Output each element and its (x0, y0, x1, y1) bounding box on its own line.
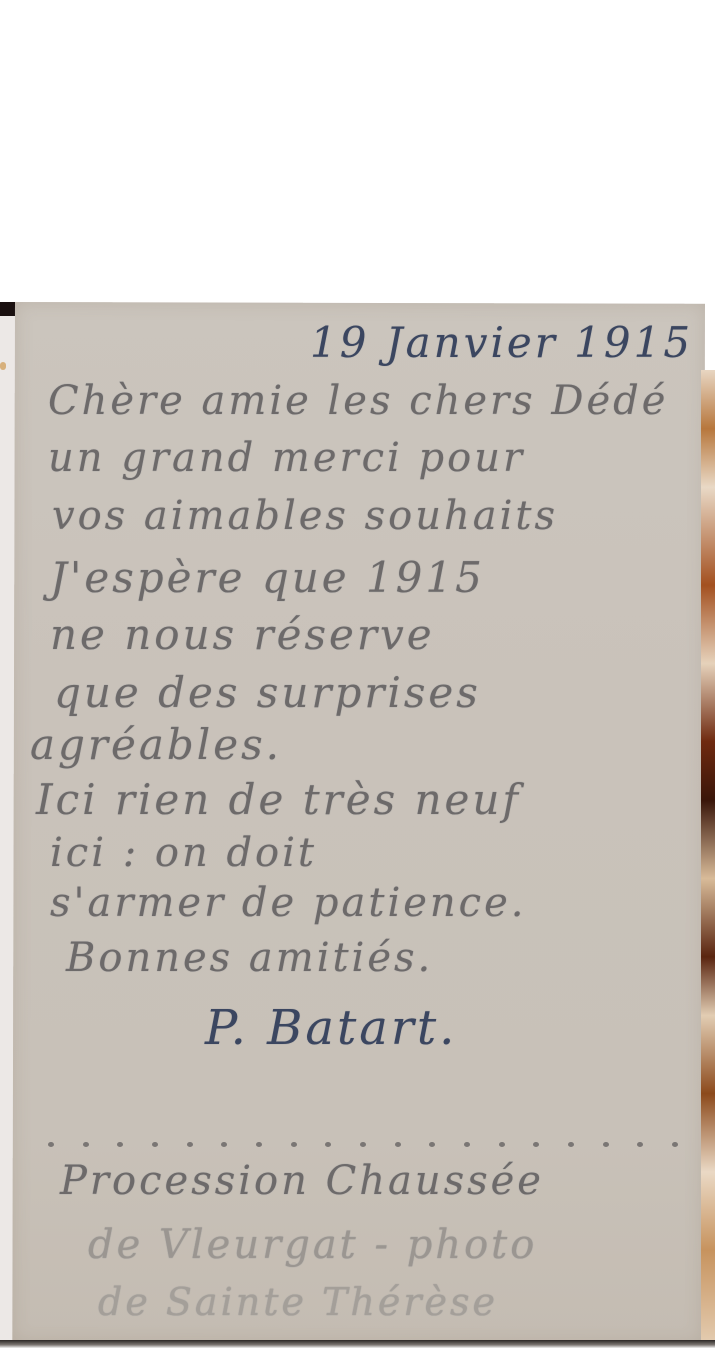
letter-line: que des surprises (54, 668, 481, 717)
signature: P. Batart. (205, 1000, 457, 1056)
letter-line: un grand merci pour (48, 435, 525, 481)
letter-line: ici : on doit (50, 830, 317, 876)
letter-line: Bonnes amitiés. (66, 935, 433, 981)
letter-date: 19 Janvier 1915 (310, 318, 693, 367)
letter-line: J'espère que 1915 (50, 553, 485, 602)
edge-stain (0, 362, 6, 370)
caption-line: de Vleurgat - photo (88, 1222, 537, 1268)
photo-edge-strip (701, 370, 715, 1348)
letter-line: agréables. (30, 720, 282, 769)
letter-line: vos aimables souhaits (52, 493, 558, 539)
caption-line: Procession Chaussée (60, 1158, 544, 1204)
scan-bottom-edge (0, 1340, 715, 1348)
letter-line: Chère amie les chers Dédé (48, 378, 668, 424)
dotted-separator (48, 1140, 678, 1148)
scan-edge-dark (0, 302, 16, 316)
letter-line: Ici rien de très neuf (36, 775, 521, 824)
letter-line: s'armer de patience. (50, 880, 526, 926)
caption-line: de Sainte Thérèse (98, 1280, 498, 1324)
letter-line: ne nous réserve (50, 610, 435, 659)
